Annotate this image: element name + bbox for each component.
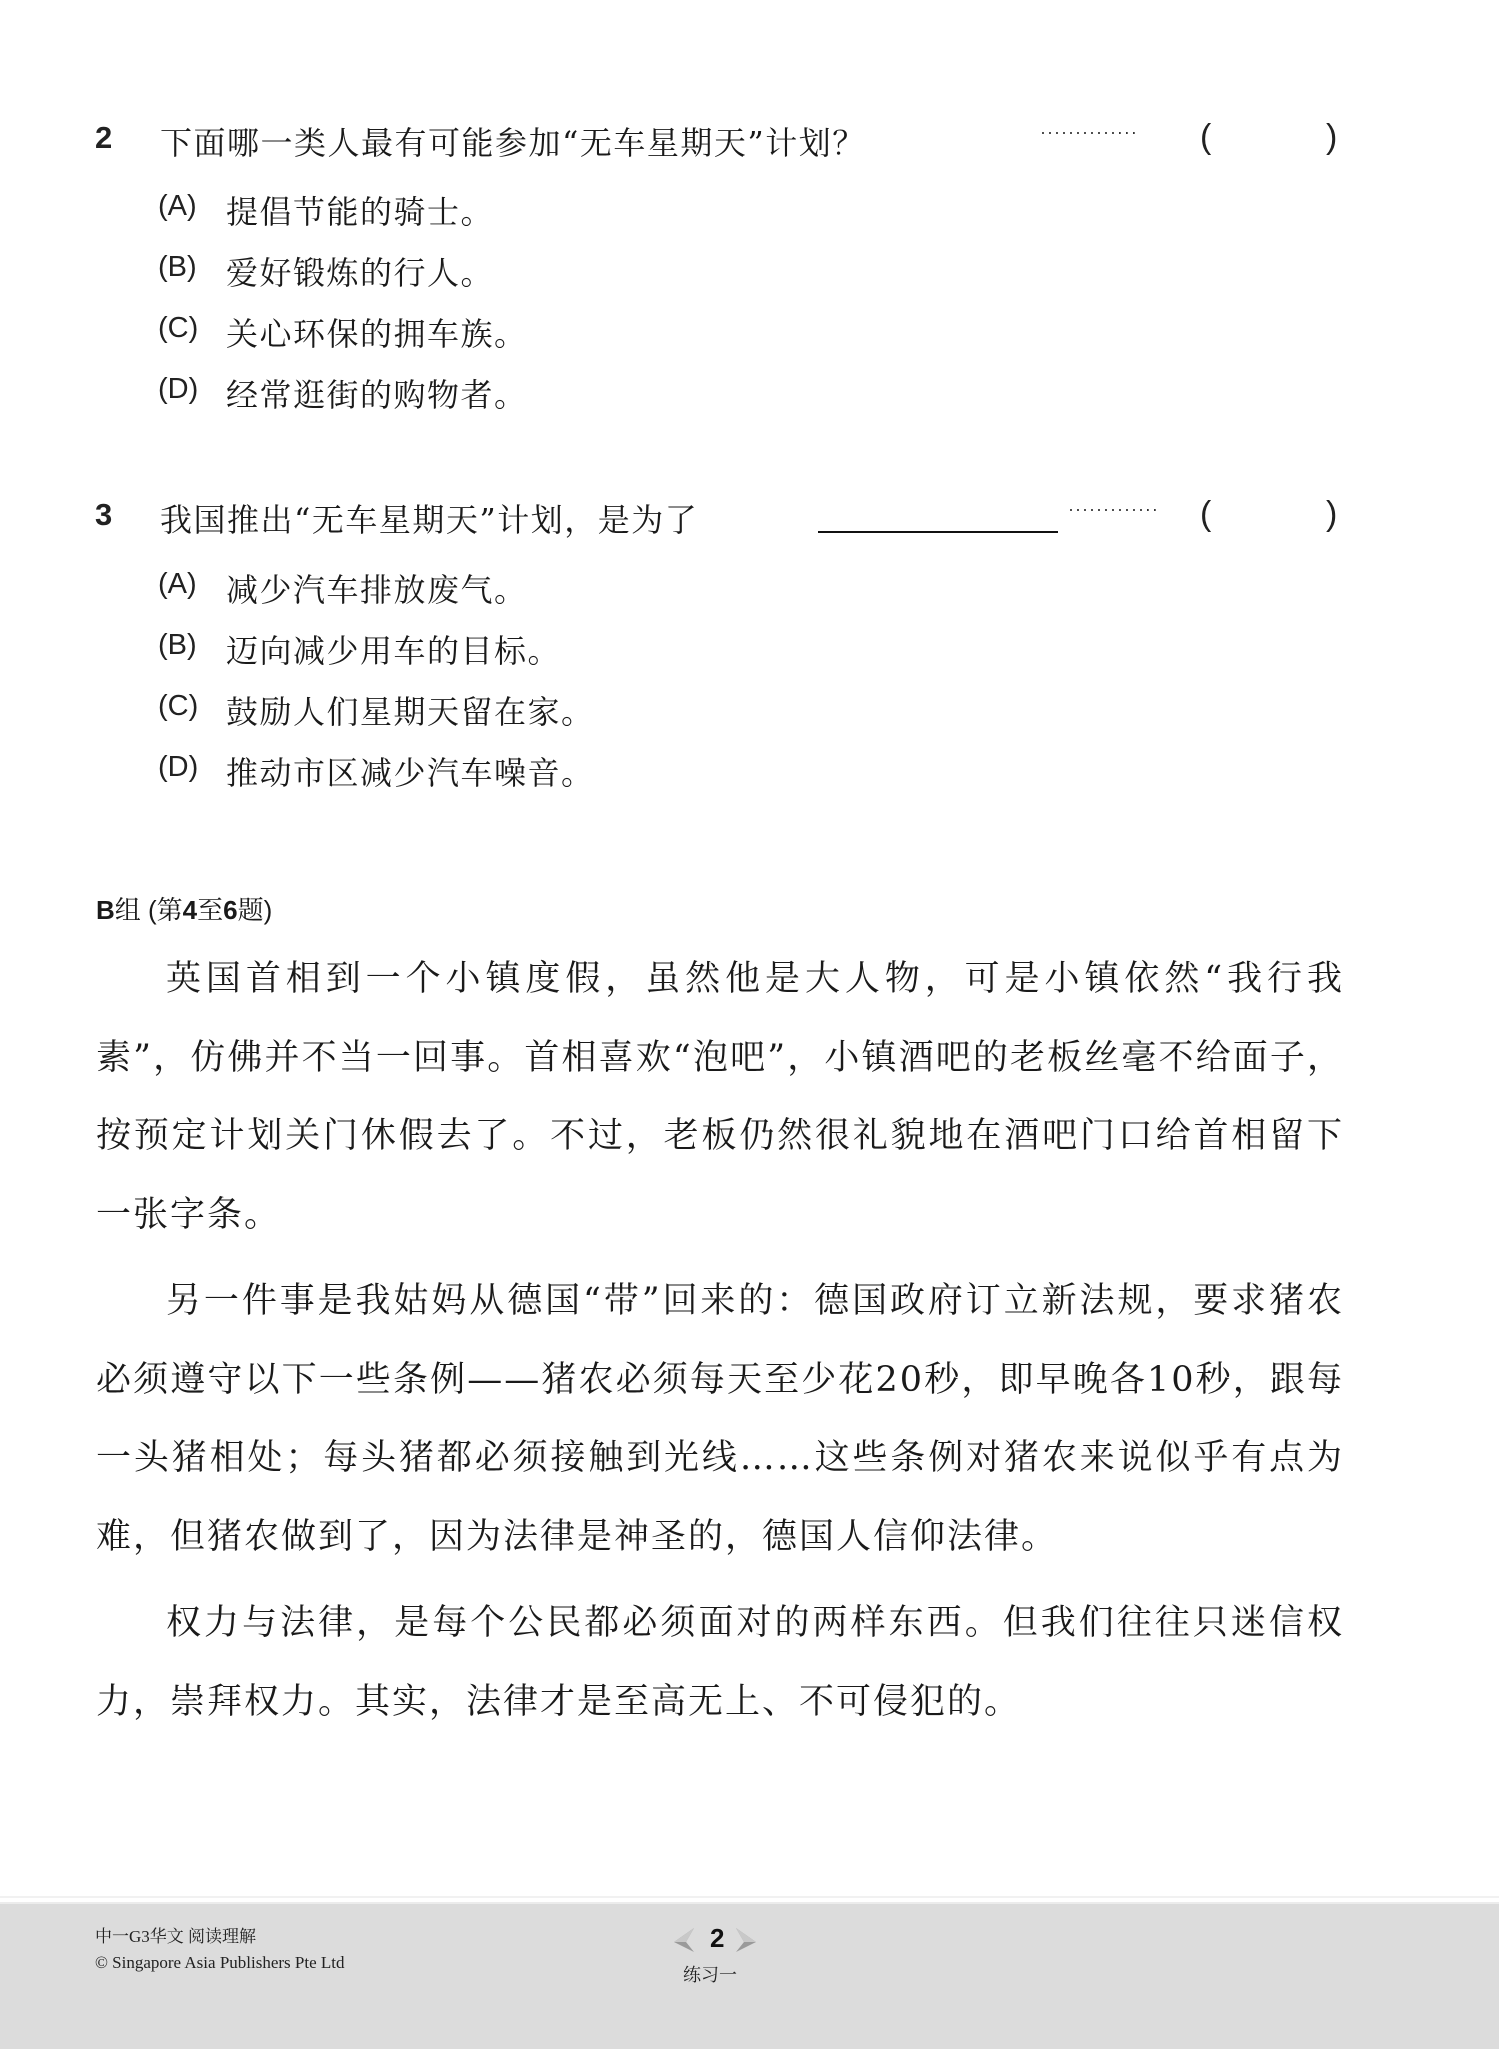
chevron-left-icon <box>672 1926 696 1954</box>
section-group-suffix: 组 (第 <box>115 895 183 925</box>
section-from: 4 <box>183 895 197 925</box>
page-footer: 中一G3华文 阅读理解 © Singapore Asia Publishers … <box>0 1902 1499 2049</box>
section-to: 6 <box>223 895 237 925</box>
option-label: (A) <box>158 190 197 223</box>
dotted-leader: ·············· <box>1040 122 1138 143</box>
option-text: 推动市区减少汽车噪音。 <box>226 748 595 794</box>
page-pager: 2 <box>672 1924 762 1958</box>
answer-bracket-open: ( <box>1200 118 1211 157</box>
question-number: 2 <box>95 120 112 156</box>
option-label: (D) <box>158 373 198 406</box>
page-number: 2 <box>710 1923 724 1954</box>
copyright: © Singapore Asia Publishers Pte Ltd <box>95 1953 345 1973</box>
option-text: 关心环保的拥车族。 <box>226 309 528 355</box>
option-label: (C) <box>158 690 198 723</box>
option-text: 鼓励人们星期天留在家。 <box>226 687 595 733</box>
answer-bracket-open: ( <box>1200 495 1211 534</box>
passage-paragraph-2: 另一件事是我姑妈从德国“带”回来的：德国政府订立新法规，要求猪农必须遵守以下一些… <box>96 1262 1344 1576</box>
fill-in-blank-line <box>818 531 1058 533</box>
question-text: 下面哪一类人最有可能参加“无车星期天”计划？ <box>160 118 866 164</box>
passage-paragraph-3: 权力与法律，是每个公民都必须面对的两样东西。但我们往往只迷信权力，崇拜权力。其实… <box>96 1584 1344 1741</box>
option-text: 提倡节能的骑士。 <box>226 187 494 233</box>
option-label: (B) <box>158 629 197 662</box>
answer-bracket-close: ) <box>1326 118 1337 157</box>
passage-paragraph-1: 英国首相到一个小镇度假，虽然他是大人物，可是小镇依然“我行我素”，仿佛并不当一回… <box>96 940 1344 1254</box>
option-text: 减少汽车排放废气。 <box>226 565 528 611</box>
answer-bracket-close: ) <box>1326 495 1337 534</box>
question-number: 3 <box>95 497 112 533</box>
footer-divider <box>0 1896 1499 1898</box>
option-text: 迈向减少用车的目标。 <box>226 626 561 672</box>
section-heading: B组 (第4至6题) <box>96 890 272 927</box>
option-label: (C) <box>158 312 198 345</box>
section-end: 题) <box>238 895 273 925</box>
option-label: (D) <box>158 751 198 784</box>
option-text: 经常逛街的购物者。 <box>226 370 528 416</box>
option-text: 爱好锻炼的行人。 <box>226 248 494 294</box>
exercise-label: 练习一 <box>683 1961 737 1987</box>
reading-passage: 英国首相到一个小镇度假，虽然他是大人物，可是小镇依然“我行我素”，仿佛并不当一回… <box>96 940 1344 1749</box>
answer-field[interactable] <box>1220 118 1325 160</box>
section-group-letter: B <box>96 895 115 925</box>
answer-field[interactable] <box>1220 495 1325 537</box>
question-text: 我国推出“无车星期天”计划，是为了 <box>160 495 698 541</box>
option-label: (A) <box>158 568 197 601</box>
section-to-word: 至 <box>197 895 223 925</box>
dotted-leader: ············· <box>1068 499 1159 520</box>
chevron-right-icon <box>734 1926 758 1954</box>
book-title: 中一G3华文 阅读理解 <box>95 1922 256 1947</box>
option-label: (B) <box>158 251 197 284</box>
